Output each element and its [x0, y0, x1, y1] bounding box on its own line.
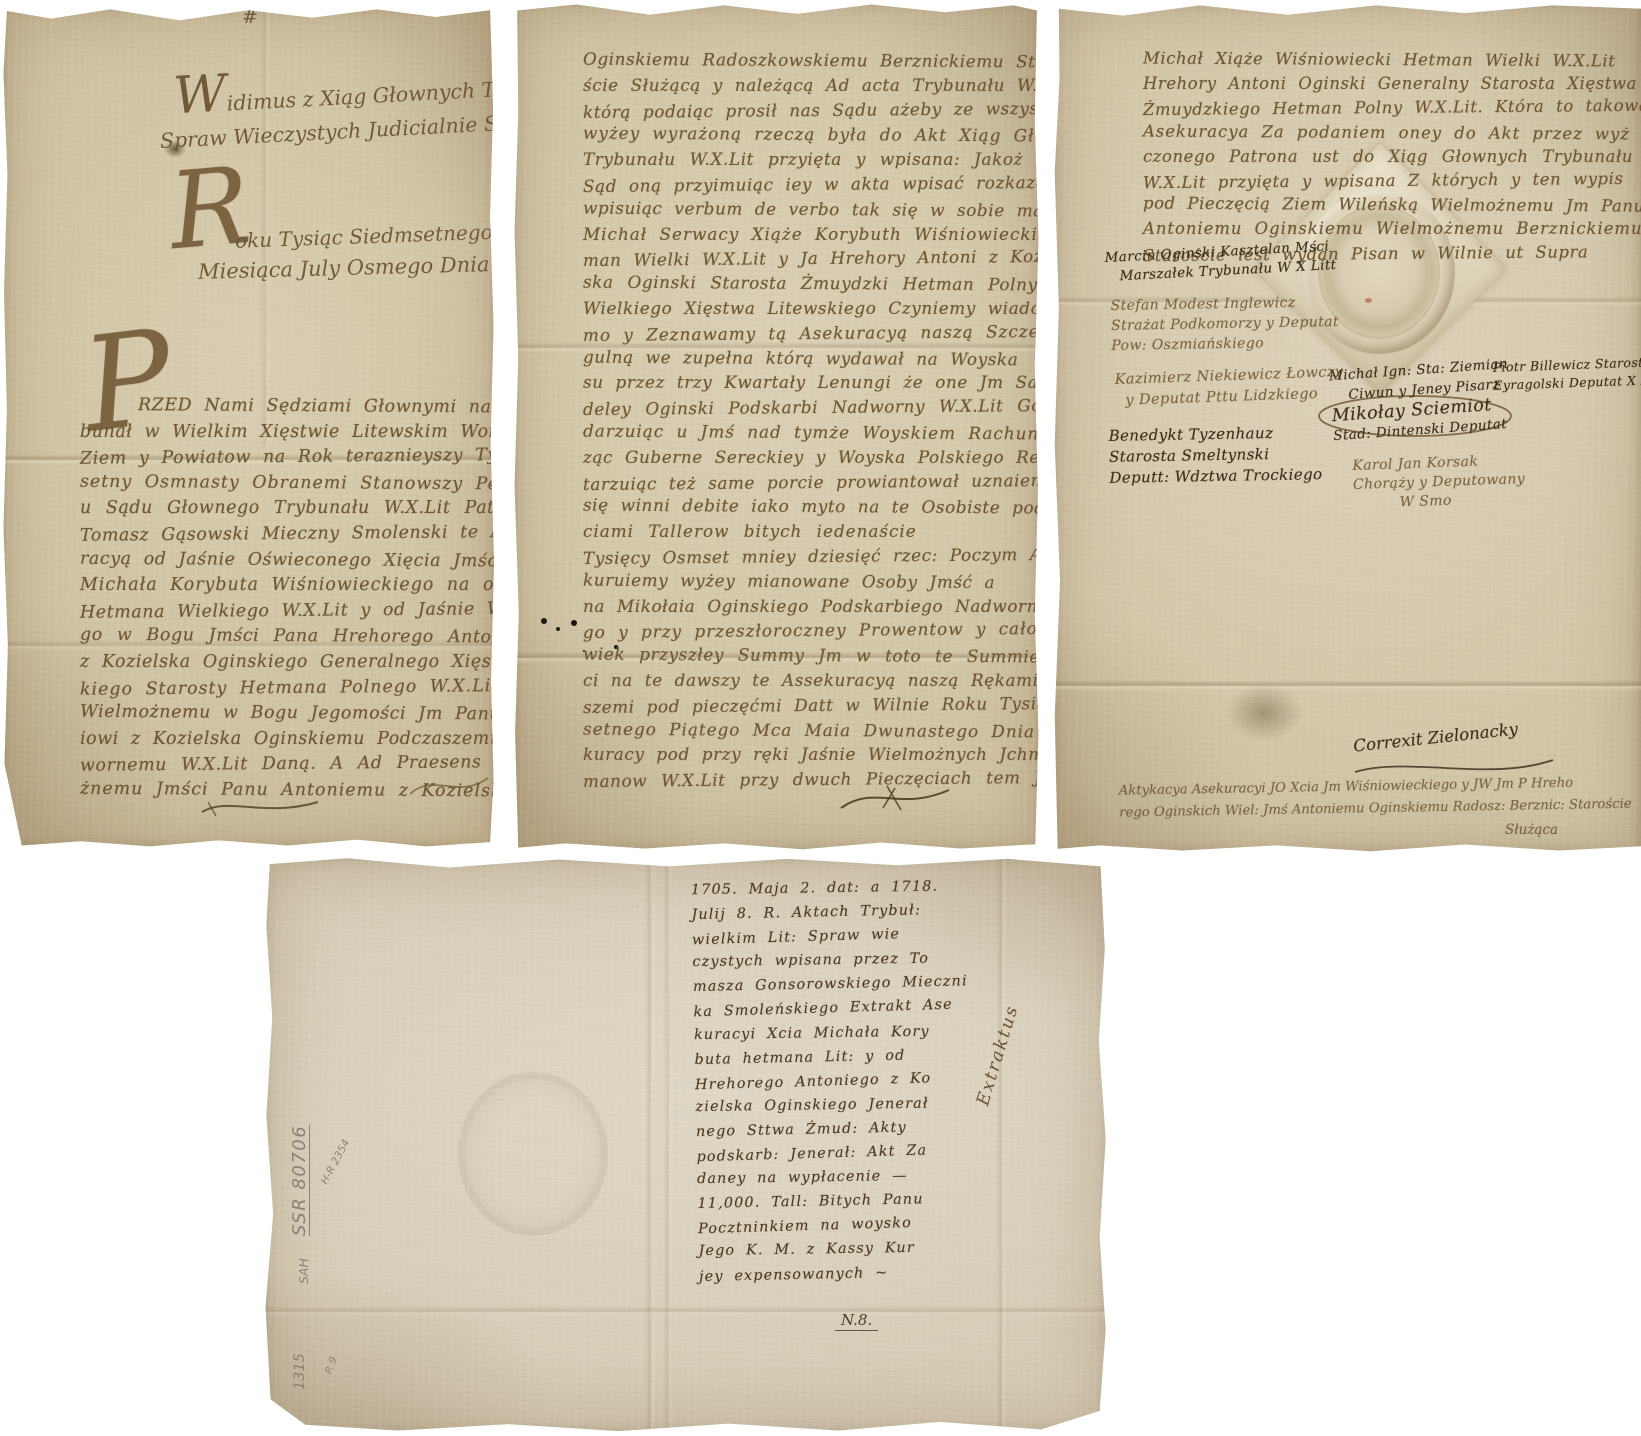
handwritten-line: RZED Nami Sędziami Głownymi na Try — [80, 393, 486, 421]
water-stain — [1225, 684, 1303, 742]
handwritten-line: bunał w Wielkim Xięstwie Litewskim Woiew… — [80, 420, 486, 446]
signature-line: Deputt: Wdztwa Trockiego — [1109, 464, 1322, 489]
handwritten-line: daney na wypłacenie — — [697, 1163, 987, 1191]
handwritten-line: Michała Korybuta Wiśniowieckiego na on c… — [80, 573, 486, 599]
handwritten-line: 1705. Maja 2. dat: a 1718. — [691, 874, 981, 902]
handwritten-line: mo y Zeznawamy tą Asekuracyą naszą Szcze — [583, 319, 1040, 348]
fold-crease — [663, 856, 674, 1434]
docket-corner-mark: # — [242, 6, 258, 28]
handwritten-line: Michał Serwacy Xiąże Korybuth Wiśniowiec… — [583, 222, 1040, 247]
seal-impression-faint — [458, 1072, 608, 1236]
title-block: Widimus z Xiąg Głownych Trybunalskich Sp… — [172, 42, 495, 152]
handwritten-line: się winni debite iako myto na te Osobist… — [583, 493, 1040, 521]
handwritten-line: Asekuracya Za podaniem oney do Akt przez… — [1143, 119, 1637, 146]
handwritten-line: manow W.X.Lit przy dwuch Pieczęciach tem… — [583, 765, 1040, 794]
handwritten-line: ście Służącą y należącą Ad acta Trybunał… — [583, 73, 1040, 98]
manuscript-page-2: Oginskiemu Radoszkowskiemu Berznickiemu … — [513, 2, 1040, 851]
manuscript-page-4-verso: 1705. Maja 2. dat: a 1718.Julij 8. R. Ak… — [263, 856, 1109, 1434]
fold-crease — [645, 856, 656, 1434]
handwritten-line: Wielmożnemu w Bogu Jegomości Jm Panu Mik… — [80, 700, 486, 728]
archive-number-pencil: P. 9 — [324, 1355, 340, 1375]
manuscript-page-1: # Widimus z Xiąg Głownych Trybunalskich … — [2, 6, 495, 848]
correxit-note: Correxit Zielonacky — [1352, 719, 1518, 755]
attestation-tail: Służąca — [1505, 822, 1558, 838]
handwritten-line: jey expensowanych ~ — [699, 1258, 989, 1288]
handwritten-line: setnego Piątego Mca Maia Dwunastego Dnia… — [583, 716, 1040, 744]
handwritten-line: czystych wpisana przez To — [692, 946, 982, 974]
handwritten-line: Tomasz Gąsowski Mieczny Smolenski te Ase… — [80, 520, 486, 549]
handwritten-line: go w Bogu Jmści Pana Hrehorego Antoniego — [80, 623, 486, 651]
handwritten-line: wyżey wyrażoną rzeczą była do Akt Xiąg G… — [583, 121, 1040, 149]
handwritten-line: zielska Oginskiego Jenerał — [695, 1091, 985, 1119]
archive-number-pencil: 1315 — [292, 1316, 308, 1390]
archive-shelfmark-pencil: SSR 80706 — [289, 1050, 310, 1236]
fold-crease — [263, 1306, 1109, 1317]
signature-karol-korsak: Karol Jan Korsak Chorąży y Deputowany W … — [1352, 451, 1526, 514]
handwritten-line: ciami Tallerow bitych iedenaście — [583, 519, 1040, 544]
signature-piotr-billewicz: Piotr Billewicz Starosta Eyragolski Depu… — [1492, 353, 1641, 395]
handwritten-line: wiek przyszłey Summy Jm w toto te Summie… — [583, 642, 1040, 670]
handwritten-line: kiego Starosty Hetmana Polnego W.X.Lit J… — [80, 674, 486, 703]
handwritten-line: Ziem y Powiatow na Rok teraznieyszy Tysi… — [80, 443, 486, 472]
scan-background: { "colors": { "background": "#ffffff", "… — [0, 0, 1641, 1436]
handwriting-block: RZED Nami Sędziami Głownymi na Trybunał … — [80, 394, 486, 804]
manuscript-page-3: Michał Xiąże Wiśniowiecki Hetman Wielki … — [1053, 2, 1641, 853]
handwritten-line: kuruiemy wyżey mianowane Osoby Jmść a — [583, 567, 1040, 595]
handwritten-line: racyą od Jaśnie Oświeconego Xięcia Jmści… — [80, 546, 486, 574]
handwritten-line: Oginskiemu Radoszkowskiemu Berznickiemu … — [583, 47, 1040, 75]
handwritten-line: darzuiąc u Jmś nad tymże Woyskiem Rachun — [583, 419, 1040, 447]
handwritten-line: Michał Xiąże Wiśniowiecki Hetman Wielki … — [1143, 46, 1637, 73]
handwritten-line: kuracy pod przy ręki Jaśnie Wielmożnych … — [583, 742, 1040, 767]
fold-crease — [996, 856, 1007, 1434]
handwritten-line: pod Pieczęcią Ziem Wileńską Wielmożnemu … — [1143, 192, 1637, 219]
signature-benedykt-tyzenhauz: Benedykt Tyzenhauz Starosta Smeltynski D… — [1108, 422, 1322, 489]
ink-blot-specks — [541, 618, 547, 624]
handwritten-line: wpisuiąc verbum de verbo tak się w sobie… — [583, 195, 1040, 223]
handwritten-line: Hetmana Wielkiego W.X.Lit y od Jaśnie Wi… — [80, 597, 486, 626]
handwritten-line: Tysięcy Osmset mniey dziesięć rzec: Pocz… — [583, 542, 1040, 571]
handwritten-line: go y przy przeszłoroczney Prowentow y ca… — [583, 616, 1040, 645]
handwritten-line: z Kozielska Oginskiego Generalnego Xięst… — [80, 650, 486, 676]
handwritten-line: Sąd oną przyimuiąc iey w akta wpisać roz… — [583, 170, 1040, 199]
archive-shelfmark-pencil: H-R 2354 — [319, 1138, 353, 1187]
handwritten-line: Antoniemu Oginskiemu Wielmożnemu Berznic… — [1143, 217, 1637, 241]
signature-line: W Smo — [1399, 489, 1526, 512]
signature-line: Strażat Podkomorzy y Deputat — [1111, 312, 1339, 336]
handwritten-line: setny Osmnasty Obranemi Stanowszy Person… — [80, 470, 486, 498]
signature-kazimierz-niekiewicz: Kazimierz Niekiewicz Łowczy y Deputat Pt… — [1114, 362, 1344, 412]
handwritten-line: su przez trzy Kwartały Lenungi że one Jm… — [583, 370, 1040, 395]
attestation-note: Aktykacya Asekuracyi JO Xcia Jm Wiśniowi… — [1119, 771, 1641, 824]
handwritten-line: Trybunału W.X.Lit przyięta y wpisana: Ja… — [583, 147, 1040, 172]
signature-line: Pow: Oszmiańskiego — [1111, 332, 1339, 356]
handwritten-line: kuracyi Xcia Michała Kory — [694, 1018, 984, 1046]
handwritten-line: żnemu Jmści Panu Antoniemu z Kozielska O… — [80, 777, 486, 805]
handwritten-line: Hrehory Antoni Oginski Generalny Starost… — [1143, 72, 1637, 96]
signature-stefan-inglewicz: Stefan Modest Inglewicz Strażat Podkomor… — [1110, 292, 1339, 356]
handwriting-block: Oginskiemu Radoszkowskiemu Berznickiemu … — [583, 48, 1040, 792]
handwritten-line: gulną we zupełna którą wydawał na Woyska — [583, 344, 1040, 372]
handwritten-line: Wielkiego Xięstwa Litewskiego Czyniemy w… — [583, 296, 1040, 321]
handwritten-line: na Mikołaia Oginskiego Podskarbiego Nadw… — [583, 594, 1040, 619]
docket-number-label: N.8. — [835, 1311, 878, 1331]
handwritten-line: czonego Patrona ust do Xiąg Głownych Try… — [1143, 145, 1637, 169]
handwritten-line: u Sądu Głownego Trybunału W.X.Lit Patron… — [80, 496, 486, 522]
handwritten-line: wornemu W.X.Lit Daną. A Ad Praesens Wiel… — [80, 751, 486, 780]
fold-crease — [1053, 680, 1641, 691]
handwritten-line: Żmuydzkiego Hetman Polny W.X.Lit. Która … — [1143, 94, 1637, 123]
signature-michal-sciemiot: Michał Ign: Sta: Ziemian Ciwun y Jeney P… — [1328, 354, 1512, 446]
extrakt-inscription: Extraktus — [973, 892, 1056, 1108]
handwritten-line: szemi pod pieczęćmi Datt w Wilnie Roku T… — [583, 691, 1040, 720]
handwritten-line: ci na te dawszy te Assekuracyą naszą Ręk… — [583, 668, 1040, 693]
date-line: oku Tysiąc Siedmsetnego Osmnastego — [235, 215, 495, 253]
handwritten-line: ząc Guberne Sereckiey y Woyska Polskiego… — [583, 445, 1040, 470]
archive-shelfmark-pencil: SAH — [296, 1232, 311, 1284]
handwritten-line: Jego K. M. z Kassy Kur — [698, 1235, 988, 1263]
handwriting-block: Michał Xiąże Wiśniowiecki Hetman Wielki … — [1143, 48, 1637, 266]
handwritten-line: man Wielki W.X.Lit y Ja Hrehory Antoni z… — [583, 244, 1040, 273]
handwritten-line: iowi z Kozielska Oginskiemu Podczaszemu … — [80, 727, 486, 753]
handwritten-line: deley Oginski Podskarbi Nadworny W.X.Lit… — [583, 393, 1040, 422]
docket-text-block: 1705. Maja 2. dat: a 1718.Julij 8. R. Ak… — [691, 873, 990, 1289]
handwritten-line: ska Oginski Starosta Żmuydzki Hetman Pol… — [583, 270, 1040, 298]
